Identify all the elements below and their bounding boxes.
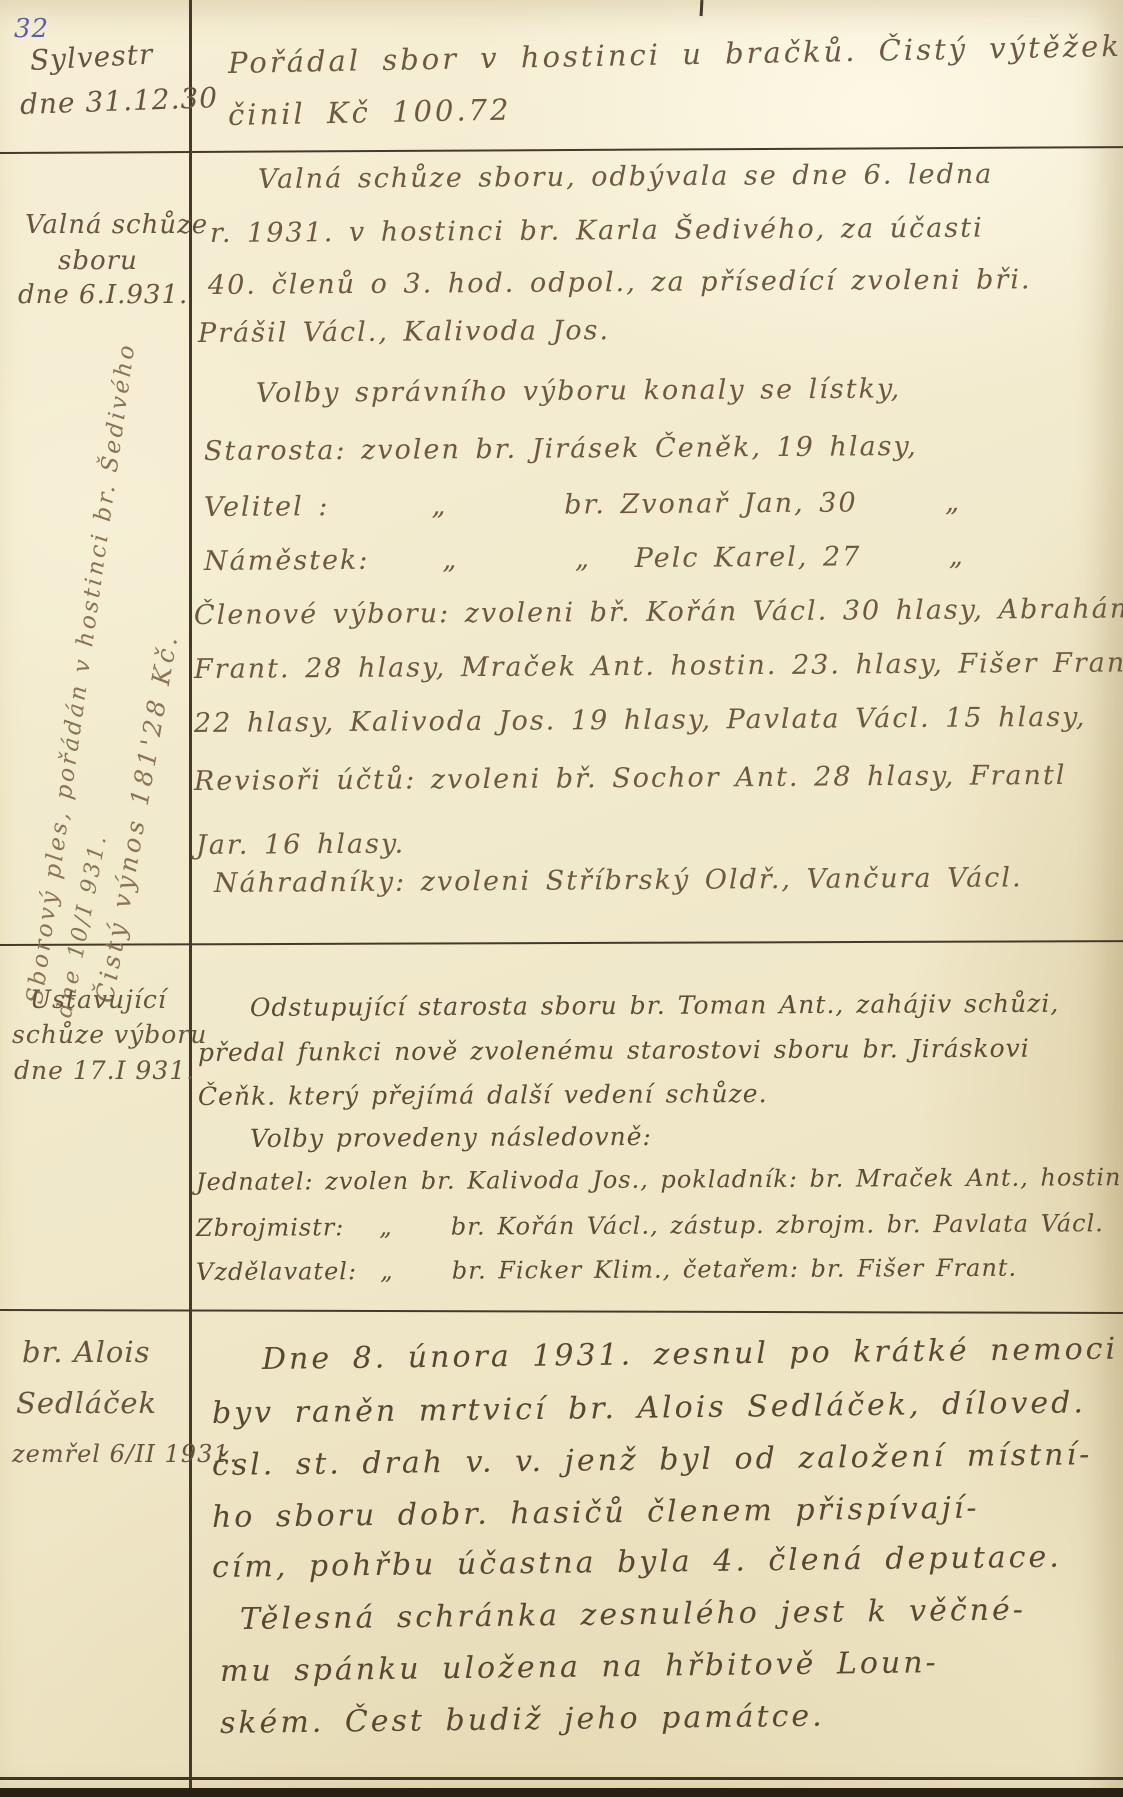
entry-valna-schuze-line9: Členové výboru: zvoleni bř. Kořán Václ. …	[194, 593, 1123, 631]
entry-ustavujici-schuze-line3: Čeňk. který přejímá další vedení schůze.	[198, 1079, 768, 1111]
entry-valna-schuze-line3: 40. členů o 3. hod. odpol., za přísedící…	[208, 264, 1032, 301]
entry-ustavujici-schuze-line5: Jednatel: zvolen br. Kalivoda Jos., pokl…	[196, 1163, 1122, 1196]
chronicle-page: 32 Sylvestr dne 31.12.30 Valná schůze sb…	[0, 0, 1123, 1797]
margin-note-ustavujici-line2: schůze výboru	[12, 1020, 207, 1049]
margin-note-valna-schuze-line1: Valná schůze	[25, 210, 208, 240]
margin-note-umrti-line3: zemřel 6/II 1931.	[12, 1440, 238, 1468]
entry-ustavujici-schuze-line2: předal funkci nově zvolenému starostovi …	[198, 1034, 1030, 1067]
margin-note-silvestr-line1: Sylvestr	[29, 38, 154, 77]
section-divider-line-1	[0, 146, 1123, 154]
margin-note-ustavujici-line1: Ustavující	[30, 985, 167, 1014]
entry-valna-schuze-line7: Velitel : „ br. Zvonař Jan, 30 „	[204, 487, 961, 523]
entry-umrti-sedlacek-line4: ho sboru dobr. hasičů členem přispívají-	[212, 1491, 980, 1535]
entry-silvestr-line1: Pořádal sbor v hostinci u bračků. Čistý …	[228, 29, 1122, 80]
entry-valna-schuze-line12: Revisoři účtů: zvoleni bř. Sochor Ant. 2…	[194, 760, 1067, 797]
entry-valna-schuze-line4: Prášil Václ., Kalivoda Jos.	[198, 315, 610, 349]
entry-valna-schuze-line6: Starosta: zvolen br. Jirásek Čeněk, 19 h…	[204, 431, 918, 467]
entry-valna-schuze-line13: Jar. 16 hlasy.	[196, 829, 405, 861]
entry-valna-schuze-line10: Frant. 28 hlasy, Mraček Ant. hostin. 23.…	[194, 647, 1123, 685]
section-divider-line-2	[0, 940, 1123, 946]
entry-umrti-sedlacek-line2: byv raněn mrtvicí br. Alois Sedláček, dí…	[212, 1385, 1086, 1431]
section-divider-line-3	[0, 1309, 1123, 1314]
entry-umrti-sedlacek-line6: Tělesná schránka zesnulého jest k věčné-	[240, 1592, 1026, 1637]
margin-note-ustavujici-line3: dne 17.I 931.	[14, 1056, 195, 1085]
margin-note-umrti-line1: br. Alois	[22, 1335, 151, 1369]
entry-valna-schuze-line11: 22 hlasy, Kalivoda Jos. 19 hlasy, Pavlat…	[194, 702, 1087, 739]
entry-ustavujici-schuze-line1: Odstupující starosta sboru br. Toman Ant…	[250, 989, 1059, 1022]
entry-umrti-sedlacek-line7: mu spánku uložena na hřbitově Loun-	[220, 1645, 939, 1689]
entry-umrti-sedlacek-line8: ském. Čest budiž jeho památce.	[220, 1699, 825, 1741]
entry-valna-schuze-line8: Náměstek: „ „ Pelc Karel, 27 „	[204, 541, 965, 577]
margin-note-silvestr-line2: dne 31.12.30	[19, 81, 218, 121]
entry-umrti-sedlacek-line3: čsl. st. drah v. v. jenž byl od založení…	[212, 1437, 1093, 1483]
column-divider-line	[189, 0, 192, 1797]
bottom-edge-band	[0, 1788, 1123, 1797]
margin-note-valna-schuze-line3: dne 6.I.931.	[18, 280, 188, 310]
entry-ustavujici-schuze-line4: Volby provedeny následovně:	[250, 1122, 652, 1153]
entry-umrti-sedlacek-line1: Dne 8. února 1931. zesnul po krátké nemo…	[262, 1332, 1119, 1377]
margin-note-umrti-line2: Sedláček	[16, 1386, 157, 1420]
margin-note-valna-schuze-line2: sboru	[58, 246, 138, 276]
entry-valna-schuze-line14: Náhradníky: zvoleni Stříbrský Oldř., Van…	[214, 862, 1023, 899]
entry-valna-schuze-line1: Valná schůze sboru, odbývala se dne 6. l…	[258, 159, 994, 195]
margin-note-ples-rotated-line3: Čistý výnos 181'28 Kč.	[90, 630, 184, 1005]
entry-ustavujici-schuze-line7: Vzdělavatel: „ br. Ficker Klim., četařem…	[196, 1254, 1017, 1286]
entry-umrti-sedlacek-line5: cím, pohřbu účastna byla 4. člená deputa…	[212, 1540, 1062, 1585]
entry-ustavujici-schuze-line6: Zbrojmistr: „ br. Kořán Václ., zástup. z…	[196, 1209, 1104, 1242]
entry-valna-schuze-line2: r. 1931. v hostinci br. Karla Šedivého, …	[210, 213, 984, 249]
page-number: 32	[14, 14, 49, 44]
top-edge-mark	[700, 0, 704, 16]
bottom-rule	[0, 1777, 1123, 1780]
entry-silvestr-line2: činil Kč 100.72	[228, 93, 512, 132]
entry-valna-schuze-line5: Volby správního výboru konaly se lístky,	[256, 373, 901, 409]
